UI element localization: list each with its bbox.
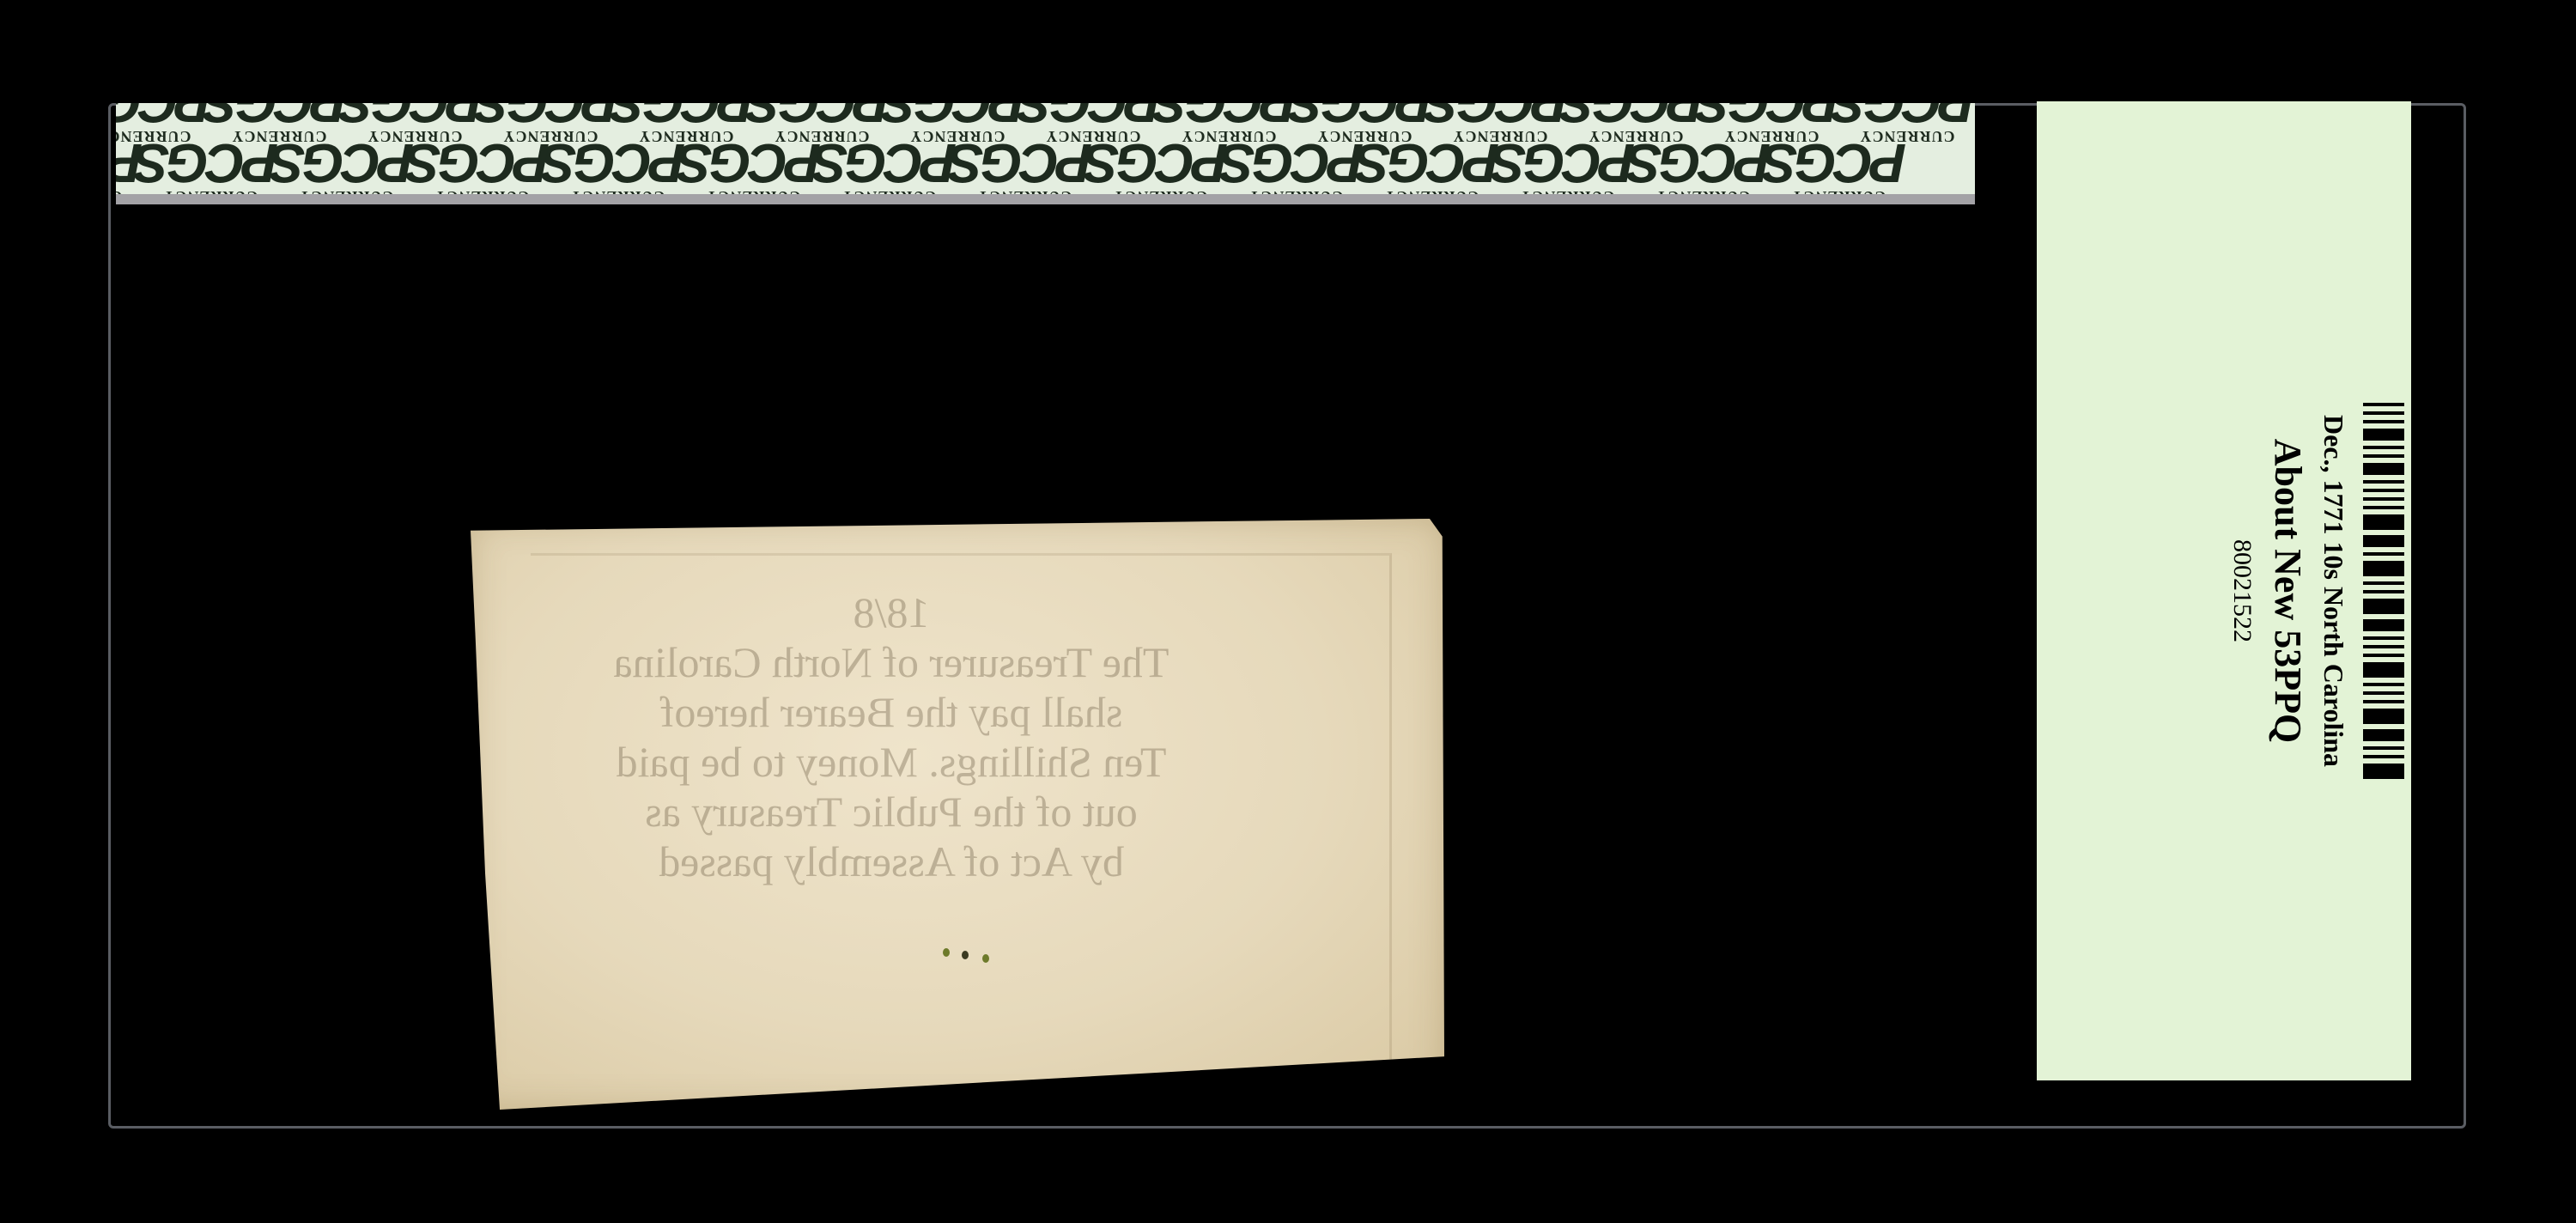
- pcgs-logo-icon: CURRENCYPCGS: [116, 137, 143, 196]
- pcgs-logo-icon: CURRENCYPCGS: [278, 137, 414, 196]
- pcgs-logo-icon: CURRENCYPCGS: [143, 137, 278, 196]
- bleed-through-line: by Act of Assembly passed: [565, 837, 1218, 886]
- strip-row: CURRENCYPCGSCURRENCYPCGSCURRENCYPCGSCURR…: [116, 137, 1906, 196]
- serial-number: 80021522: [2227, 101, 2257, 1080]
- pcgs-logo-icon: CURRENCYPCGS: [550, 137, 685, 196]
- grading-label: Dec., 1771 10s North Carolina About New …: [2037, 101, 2411, 1080]
- bleed-through-line: The Treasurer of North Carolina: [565, 637, 1218, 687]
- pcgs-logo-icon: CURRENCYPCGS: [1771, 137, 1906, 196]
- pcgs-logo-icon: CURRENCYPCGS: [1635, 137, 1771, 196]
- stain-spot: [943, 948, 950, 957]
- pcgs-logo-icon: CURRENCYPCGS: [957, 137, 1092, 196]
- bleed-through-line: shall pay the Bearer hereof: [565, 687, 1218, 737]
- strip-edge: [116, 194, 1975, 204]
- barcode-icon: [2361, 101, 2404, 1080]
- pcgs-logo-icon: CURRENCYPCGS: [685, 137, 821, 196]
- pcgs-logo-icon: CURRENCYPCGS: [1228, 137, 1364, 196]
- pcgs-logo-icon: CURRENCYPCGS: [1092, 137, 1228, 196]
- pcgs-logo-icon: CURRENCYPCGS: [821, 137, 957, 196]
- bleed-through-line: out of the Public Treasury as: [565, 787, 1218, 837]
- grade-text: About New 53PPQ: [2266, 101, 2310, 1080]
- note-description: Dec., 1771 10s North Carolina: [2318, 101, 2349, 1080]
- pcgs-currency-strip: CURRENCYPCGSCURRENCYPCGSCURRENCYPCGSCURR…: [116, 103, 1975, 196]
- stain-spot: [982, 954, 989, 963]
- bleed-through-text: 18/8The Treasurer of North Carolinashall…: [565, 587, 1218, 886]
- pcgs-logo-icon: CURRENCYPCGS: [1364, 137, 1499, 196]
- bleed-through-line: Ten Shillings. Money to be paid: [565, 737, 1218, 787]
- banknote-reverse: 18/8The Treasurer of North Carolinashall…: [471, 519, 1444, 1110]
- bleed-through-line: 18/8: [565, 587, 1218, 637]
- label-content: Dec., 1771 10s North Carolina About New …: [2037, 101, 2411, 1080]
- pcgs-logo-icon: CURRENCYPCGS: [1499, 137, 1635, 196]
- pcgs-logo-icon: CURRENCYPCGS: [414, 137, 550, 196]
- stain-spot: [962, 951, 969, 959]
